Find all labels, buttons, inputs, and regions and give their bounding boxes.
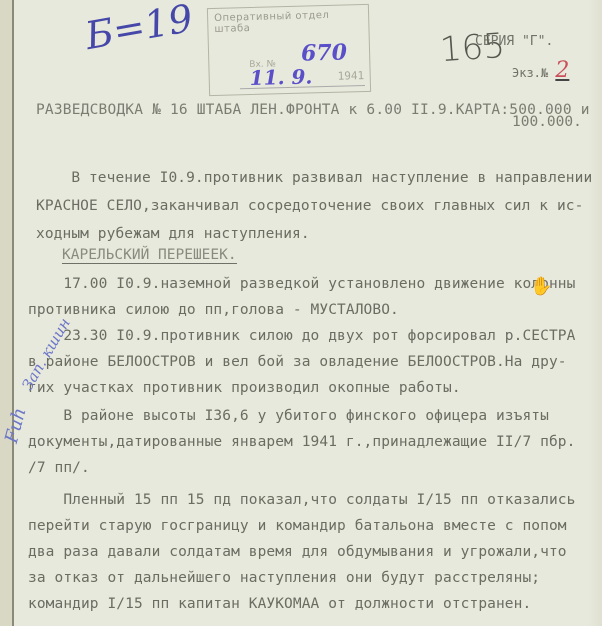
copy-number: 2 [555, 58, 569, 83]
text-line: гих участках противник производил окопны… [28, 380, 461, 396]
copy-label: Экз.№ [512, 66, 548, 80]
text-line: В районе высоты I36,6 у убитого финского… [28, 408, 549, 424]
text-line: /7 пп/. [28, 460, 90, 476]
text-line: 17.00 I0.9.наземной разведкой установлен… [28, 276, 575, 292]
text-line: ходным рубежам для наступления. [36, 226, 310, 242]
text-line: за отказ от дальнейшего наступления они … [28, 570, 540, 586]
section-heading: КАРЕЛЬСКИЙ ПЕРЕШЕЕК. [62, 247, 237, 264]
stamp-year: 1941 [338, 69, 365, 83]
text-line: Пленный 15 пп 15 пд показал,что солдаты … [28, 492, 575, 508]
stamp-number: 670 [301, 39, 348, 66]
text-line: два раза давали солдатам время для обдум… [28, 544, 567, 560]
text-line: В течение I0.9.противник развивал наступ… [36, 170, 592, 186]
text-line: командир I/15 пп капитан КАУКОМАА от дол… [28, 596, 531, 612]
series-label: СЕРИЯ "Г". [475, 34, 553, 49]
report-title-continued: 100.000. [512, 114, 582, 130]
binding-line [12, 0, 14, 626]
text-line: 23.30 I0.9.противник силою до двух рот ф… [28, 328, 575, 344]
page-shadow [588, 0, 602, 626]
copy-number-field: Экз.№ 2 [512, 58, 569, 83]
text-line: документы,датированные январем 1941 г.,п… [28, 434, 575, 450]
stamp-title: Оперативный отдел штаба [214, 9, 369, 35]
handwritten-sheet-number: Б=19 [82, 0, 196, 58]
text-line: в районе БЕЛООСТРОВ и вел бой за овладен… [28, 354, 567, 370]
page-edge [0, 0, 12, 626]
report-title: РАЗВЕДСВОДКА № 16 ШТАБА ЛЕН.ФРОНТА к 6.0… [36, 102, 590, 118]
hand-cursor-icon: ✋ [530, 276, 552, 297]
text-line: противника силою до пп,голова - МУСТАЛОВ… [28, 302, 399, 318]
registration-stamp: Оперативный отдел штаба Вх. № 670 11. 9.… [207, 4, 371, 96]
text-line: КРАСНОЕ СЕЛО,заканчивал сосредоточение с… [36, 198, 583, 214]
text-line: перейти старую госграницу и командир бат… [28, 518, 567, 534]
